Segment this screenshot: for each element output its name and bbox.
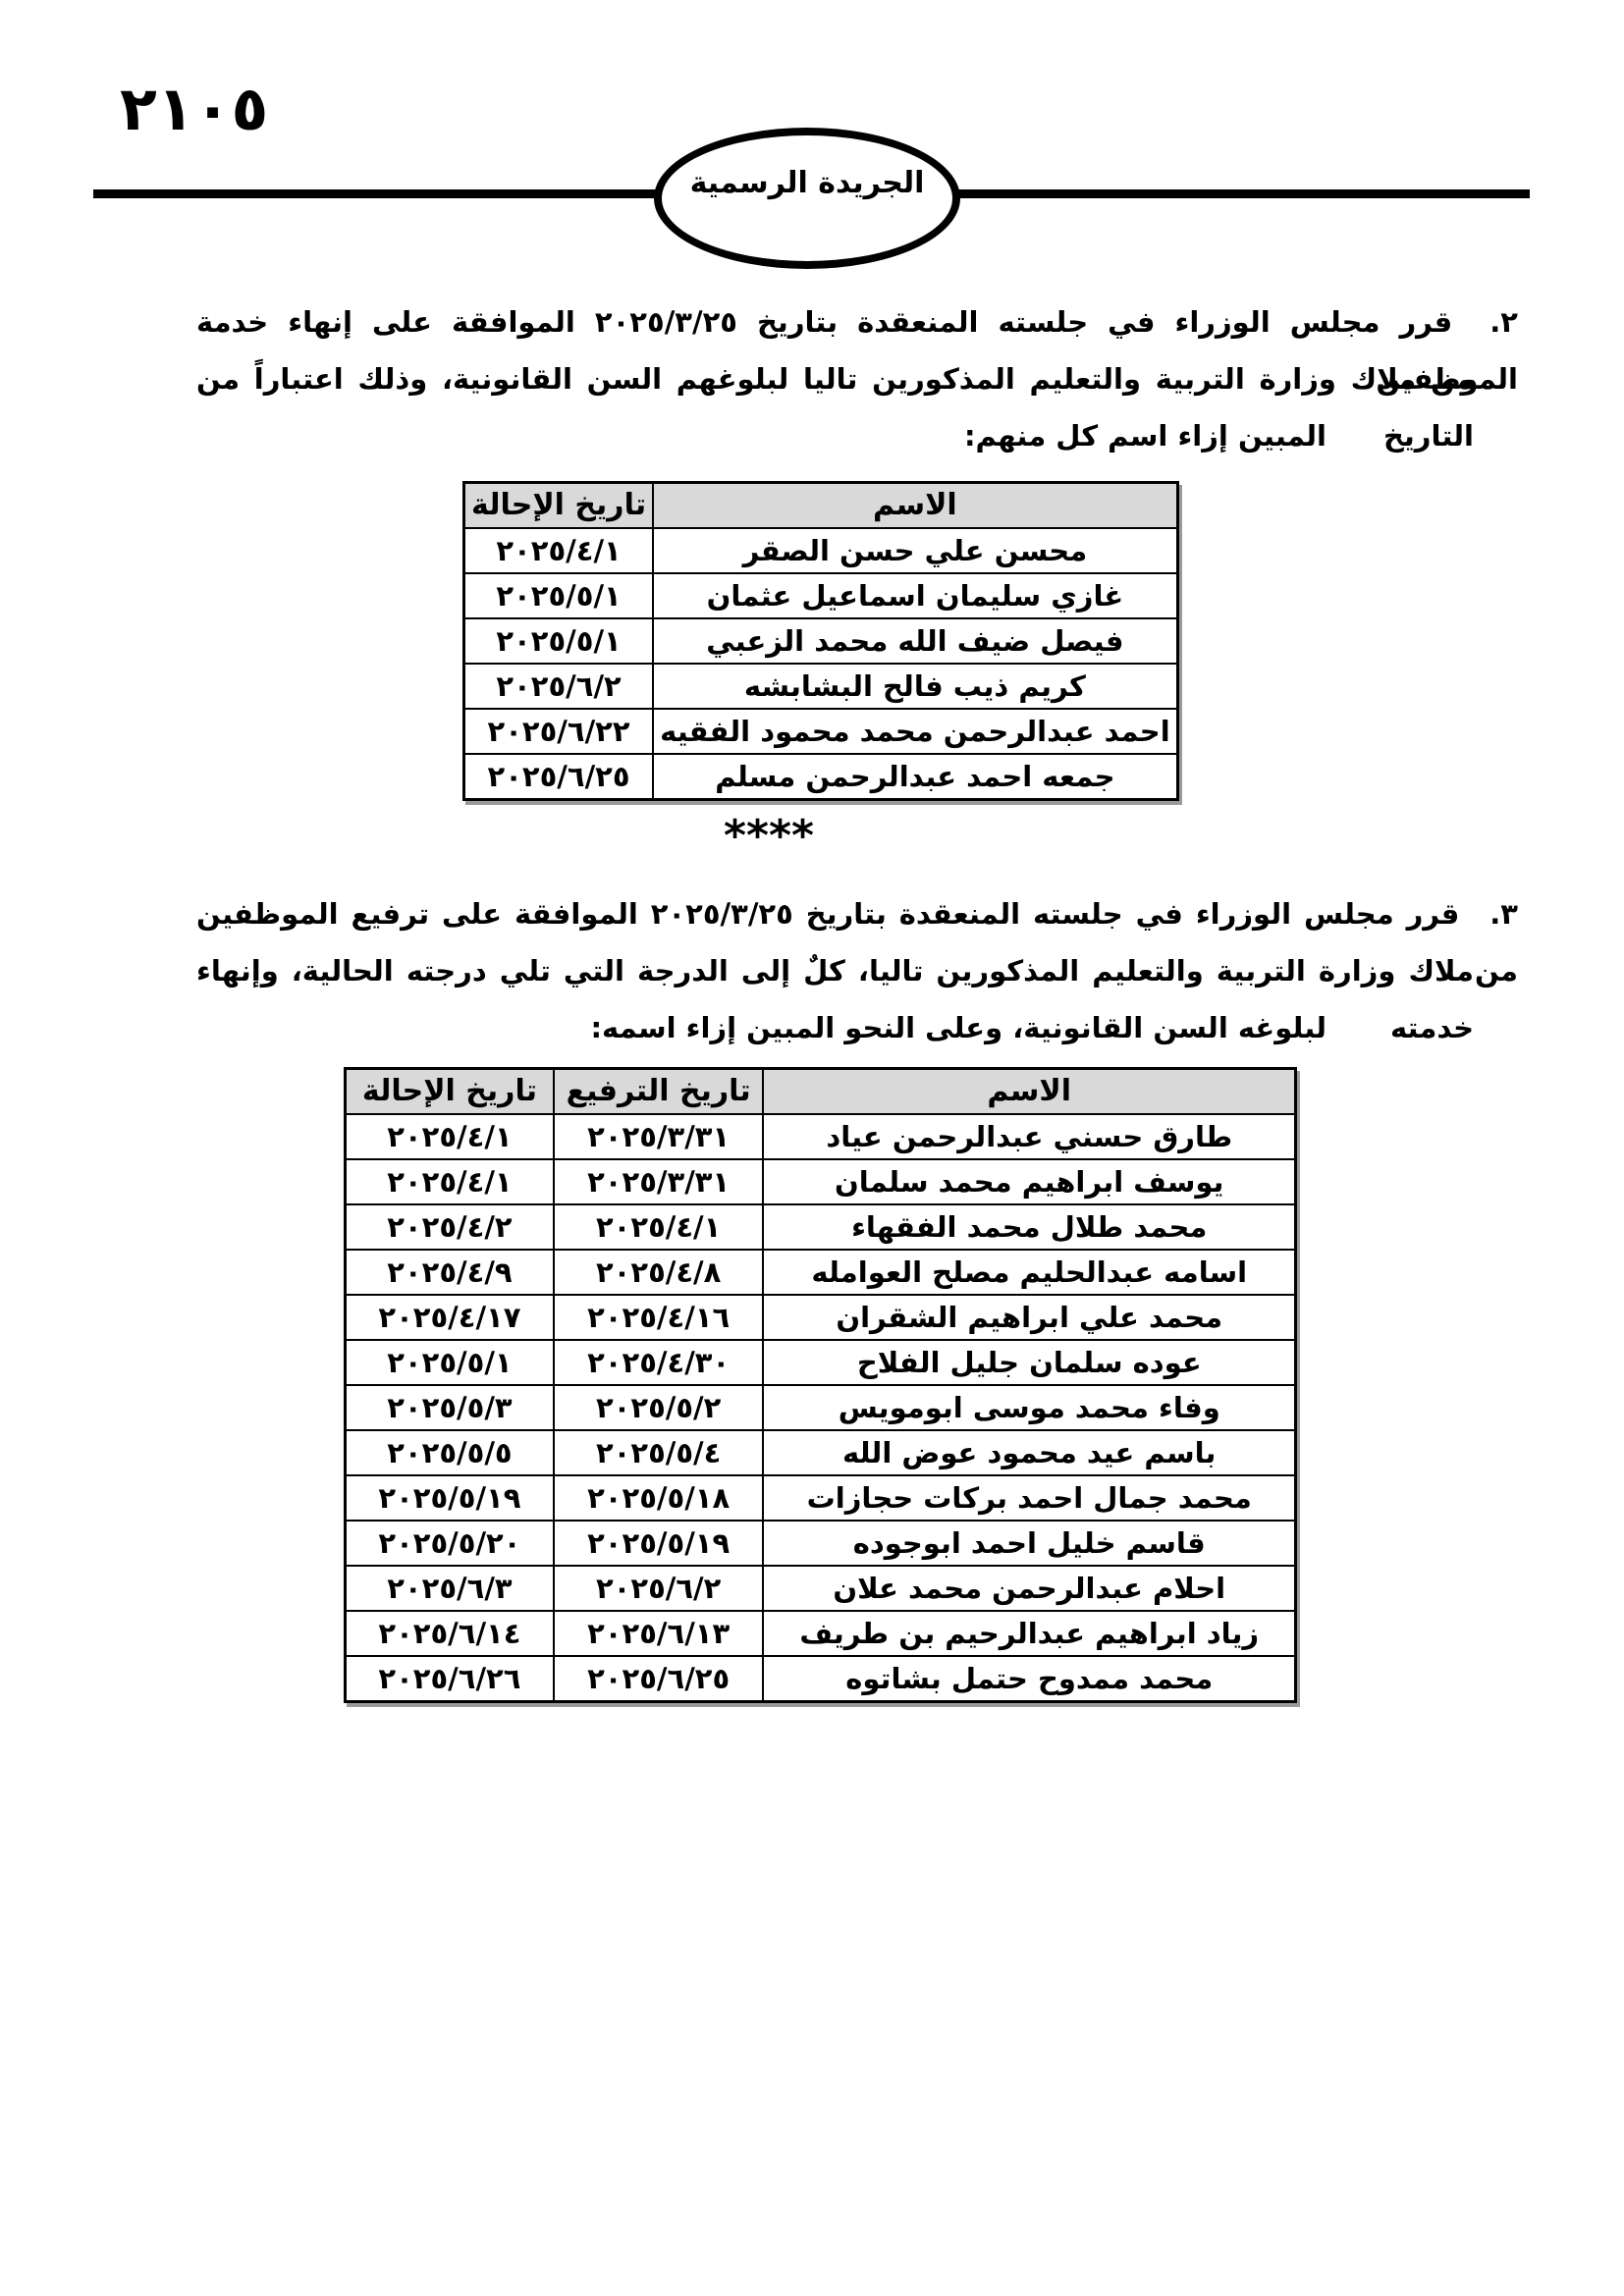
employee-name: احلام عبدالرحمن محمد علان bbox=[763, 1566, 1295, 1611]
referral-date: ٢٠٢٥/٥/١ bbox=[464, 618, 654, 664]
employee-name: باسم عيد محمود عوض الله bbox=[763, 1430, 1295, 1475]
decision-3-paragraph: ٣. قرر مجلس الوزراء في جلسته المنعقدة بت… bbox=[196, 885, 1518, 1056]
decision-3-line-2: ملاك وزارة التربية والتعليم المذكورين تا… bbox=[196, 942, 1474, 999]
retirement-table-row: غازي سليمان اسماعيل عثمان ٢٠٢٥/٥/١ bbox=[464, 573, 1178, 618]
retirement-table-row: احمد عبدالرحمن محمد محمود الفقيه ٢٠٢٥/٦/… bbox=[464, 709, 1178, 754]
decision-3-line-3: لبلوغه السن القانونية، وعلى النحو المبين… bbox=[196, 999, 1326, 1056]
column-header-name: الاسم bbox=[763, 1069, 1295, 1115]
column-header-name: الاسم bbox=[653, 483, 1177, 529]
promotion-table-row: عوده سلمان جليل الفلاح ٢٠٢٥/٤/٣٠ ٢٠٢٥/٥/… bbox=[346, 1340, 1296, 1385]
promotion-date: ٢٠٢٥/٥/٢ bbox=[554, 1385, 764, 1430]
promotion-table-row: يوسف ابراهيم محمد سلمان ٢٠٢٥/٣/٣١ ٢٠٢٥/٤… bbox=[346, 1159, 1296, 1204]
retirement-table-header-row: الاسم تاريخ الإحالة bbox=[464, 483, 1178, 529]
referral-date: ٢٠٢٥/٦/١٤ bbox=[346, 1611, 554, 1656]
promotion-table-header-row: الاسم تاريخ الترفيع تاريخ الإحالة bbox=[346, 1069, 1296, 1115]
employee-name: محمد ممدوح حتمل بشاتوه bbox=[763, 1656, 1295, 1702]
employee-name: محمد علي ابراهيم الشقران bbox=[763, 1295, 1295, 1340]
referral-date: ٢٠٢٥/٤/١ bbox=[464, 528, 654, 573]
referral-date: ٢٠٢٥/٤/١٧ bbox=[346, 1295, 554, 1340]
promotion-date: ٢٠٢٥/٥/١٨ bbox=[554, 1475, 764, 1521]
promotion-date: ٢٠٢٥/٣/٣١ bbox=[554, 1159, 764, 1204]
employee-name: كريم ذيب فالح البشابشه bbox=[653, 664, 1177, 709]
retirement-table-row: فيصل ضيف الله محمد الزعبي ٢٠٢٥/٥/١ bbox=[464, 618, 1178, 664]
gazette-banner-label: الجريدة الرسمية bbox=[690, 166, 925, 200]
decision-3-line-1: ٣. قرر مجلس الوزراء في جلسته المنعقدة بت… bbox=[196, 885, 1518, 942]
referral-date: ٢٠٢٥/٤/١ bbox=[346, 1159, 554, 1204]
promotion-date: ٢٠٢٥/٦/٢ bbox=[554, 1566, 764, 1611]
referral-date: ٢٠٢٥/٦/٣ bbox=[346, 1566, 554, 1611]
referral-date: ٢٠٢٥/٥/١٩ bbox=[346, 1475, 554, 1521]
employee-name: عوده سلمان جليل الفلاح bbox=[763, 1340, 1295, 1385]
retirement-table-row: محسن علي حسن الصقر ٢٠٢٥/٤/١ bbox=[464, 528, 1178, 573]
column-header-promotion-date: تاريخ الترفيع bbox=[554, 1069, 764, 1115]
promotion-table-row: زياد ابراهيم عبدالرحيم بن طريف ٢٠٢٥/٦/١٣… bbox=[346, 1611, 1296, 1656]
promotion-date: ٢٠٢٥/٤/٨ bbox=[554, 1250, 764, 1295]
employee-name: جمعه احمد عبدالرحمن مسلم bbox=[653, 754, 1177, 800]
promotion-date: ٢٠٢٥/٥/١٩ bbox=[554, 1521, 764, 1566]
promotion-table: الاسم تاريخ الترفيع تاريخ الإحالة طارق ح… bbox=[344, 1067, 1297, 1703]
referral-date: ٢٠٢٥/٤/١ bbox=[346, 1114, 554, 1159]
promotion-date: ٢٠٢٥/٤/١ bbox=[554, 1204, 764, 1250]
referral-date: ٢٠٢٥/٤/٩ bbox=[346, 1250, 554, 1295]
promotion-table-row: وفاء محمد موسى ابومويس ٢٠٢٥/٥/٢ ٢٠٢٥/٥/٣ bbox=[346, 1385, 1296, 1430]
promotion-table-row: محمد جمال احمد بركات حجازات ٢٠٢٥/٥/١٨ ٢٠… bbox=[346, 1475, 1296, 1521]
column-header-referral-date: تاريخ الإحالة bbox=[464, 483, 654, 529]
employee-name: فيصل ضيف الله محمد الزعبي bbox=[653, 618, 1177, 664]
promotion-table-row: محمد علي ابراهيم الشقران ٢٠٢٥/٤/١٦ ٢٠٢٥/… bbox=[346, 1295, 1296, 1340]
promotion-table-row: اسامه عبدالحليم مصلح العوامله ٢٠٢٥/٤/٨ ٢… bbox=[346, 1250, 1296, 1295]
promotion-date: ٢٠٢٥/٤/٣٠ bbox=[554, 1340, 764, 1385]
promotion-table-row: محمد ممدوح حتمل بشاتوه ٢٠٢٥/٦/٢٥ ٢٠٢٥/٦/… bbox=[346, 1656, 1296, 1702]
decision-2-number: ٢. bbox=[1489, 305, 1518, 339]
referral-date: ٢٠٢٥/٦/٢٢ bbox=[464, 709, 654, 754]
decision-3-number: ٣. bbox=[1489, 897, 1518, 931]
promotion-date: ٢٠٢٥/٦/١٣ bbox=[554, 1611, 764, 1656]
referral-date: ٢٠٢٥/٦/٢٦ bbox=[346, 1656, 554, 1702]
section-separator: **** bbox=[628, 811, 909, 863]
retirement-table-row: جمعه احمد عبدالرحمن مسلم ٢٠٢٥/٦/٢٥ bbox=[464, 754, 1178, 800]
decision-2-line-2: من ملاك وزارة التربية والتعليم المذكورين… bbox=[196, 350, 1474, 407]
referral-date: ٢٠٢٥/٦/٢٥ bbox=[464, 754, 654, 800]
retirement-table-row: كريم ذيب فالح البشابشه ٢٠٢٥/٦/٢ bbox=[464, 664, 1178, 709]
decision-2-line-3: المبين إزاء اسم كل منهم: bbox=[196, 407, 1326, 464]
page-number: ٢١٠٥ bbox=[120, 79, 268, 139]
promotion-table-row: احلام عبدالرحمن محمد علان ٢٠٢٥/٦/٢ ٢٠٢٥/… bbox=[346, 1566, 1296, 1611]
promotion-table-row: قاسم خليل احمد ابوجوده ٢٠٢٥/٥/١٩ ٢٠٢٥/٥/… bbox=[346, 1521, 1296, 1566]
referral-date: ٢٠٢٥/٥/١ bbox=[346, 1340, 554, 1385]
employee-name: اسامه عبدالحليم مصلح العوامله bbox=[763, 1250, 1295, 1295]
promotion-date: ٢٠٢٥/٤/١٦ bbox=[554, 1295, 764, 1340]
referral-date: ٢٠٢٥/٥/٥ bbox=[346, 1430, 554, 1475]
promotion-table-row: طارق حسني عبدالرحمن عياد ٢٠٢٥/٣/٣١ ٢٠٢٥/… bbox=[346, 1114, 1296, 1159]
employee-name: احمد عبدالرحمن محمد محمود الفقيه bbox=[653, 709, 1177, 754]
referral-date: ٢٠٢٥/٤/٢ bbox=[346, 1204, 554, 1250]
decision-2-paragraph: ٢. قرر مجلس الوزراء في جلسته المنعقدة بت… bbox=[196, 294, 1518, 464]
referral-date: ٢٠٢٥/٥/٣ bbox=[346, 1385, 554, 1430]
employee-name: قاسم خليل احمد ابوجوده bbox=[763, 1521, 1295, 1566]
employee-name: محمد جمال احمد بركات حجازات bbox=[763, 1475, 1295, 1521]
referral-date: ٢٠٢٥/٦/٢ bbox=[464, 664, 654, 709]
gazette-page: ٢١٠٥ الجريدة الرسمية ٢. قرر مجلس الوزراء… bbox=[0, 0, 1624, 2296]
employee-name: محسن علي حسن الصقر bbox=[653, 528, 1177, 573]
promotion-date: ٢٠٢٥/٥/٤ bbox=[554, 1430, 764, 1475]
employee-name: يوسف ابراهيم محمد سلمان bbox=[763, 1159, 1295, 1204]
decision-2-line-1: ٢. قرر مجلس الوزراء في جلسته المنعقدة بت… bbox=[196, 294, 1518, 350]
promotion-table-row: باسم عيد محمود عوض الله ٢٠٢٥/٥/٤ ٢٠٢٥/٥/… bbox=[346, 1430, 1296, 1475]
column-header-referral-date: تاريخ الإحالة bbox=[346, 1069, 554, 1115]
retirement-table: الاسم تاريخ الإحالة محسن علي حسن الصقر ٢… bbox=[462, 481, 1179, 801]
promotion-table-row: محمد طلال محمد الفقهاء ٢٠٢٥/٤/١ ٢٠٢٥/٤/٢ bbox=[346, 1204, 1296, 1250]
referral-date: ٢٠٢٥/٥/٢٠ bbox=[346, 1521, 554, 1566]
employee-name: وفاء محمد موسى ابومويس bbox=[763, 1385, 1295, 1430]
promotion-date: ٢٠٢٥/٦/٢٥ bbox=[554, 1656, 764, 1702]
employee-name: طارق حسني عبدالرحمن عياد bbox=[763, 1114, 1295, 1159]
gazette-banner-ellipse: الجريدة الرسمية bbox=[654, 128, 960, 269]
referral-date: ٢٠٢٥/٥/١ bbox=[464, 573, 654, 618]
employee-name: محمد طلال محمد الفقهاء bbox=[763, 1204, 1295, 1250]
employee-name: زياد ابراهيم عبدالرحيم بن طريف bbox=[763, 1611, 1295, 1656]
promotion-date: ٢٠٢٥/٣/٣١ bbox=[554, 1114, 764, 1159]
employee-name: غازي سليمان اسماعيل عثمان bbox=[653, 573, 1177, 618]
